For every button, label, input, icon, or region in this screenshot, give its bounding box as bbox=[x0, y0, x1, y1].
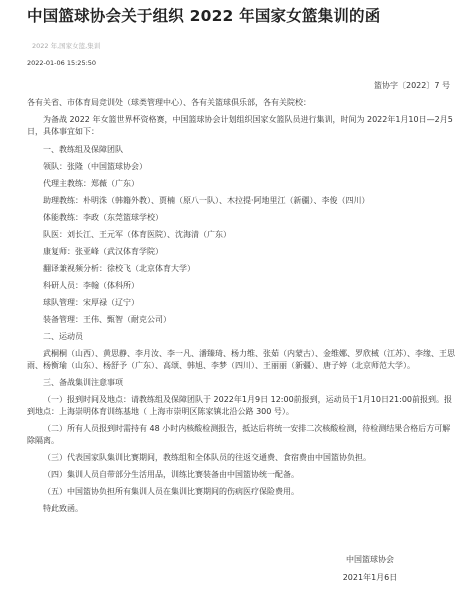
closing-remark: 特此致函。 bbox=[27, 503, 455, 515]
article-title: 中国篮球协会关于组织 2022 年国家女篮集训的函 bbox=[27, 4, 457, 28]
section-heading: 一、教练组及保障团队 bbox=[27, 144, 455, 156]
notice-item: （五）中国篮协负担所有集训人员在集训比赛期间的伤病医疗保险费用。 bbox=[27, 486, 455, 498]
staff-item: 翻译兼视频分析：徐校飞（北京体育大学） bbox=[27, 263, 455, 275]
notice-item: （三）代表国家队集训比赛期间，教练组和全体队员的往返交通费、食宿费由中国篮协负担… bbox=[27, 452, 455, 464]
staff-item: 球队管理：宋厚禄（辽宁） bbox=[27, 297, 455, 309]
article-tags[interactable]: 2022 年,国家女篮,集训 bbox=[32, 41, 100, 51]
staff-item: 康复师：张亚峰（武汉体育学院） bbox=[27, 246, 455, 258]
players-list: 武桐桐（山西）、黄思静、李月汝、李一凡、潘臻琦、杨力维、张茹（内蒙古）、金维娜、… bbox=[27, 348, 455, 372]
publish-timestamp: 2022-01-06 15:25:50 bbox=[27, 58, 96, 68]
document-number: 篮协字〔2022〕7 号 bbox=[27, 80, 450, 92]
notice-item: （二）所有人员报到时需持有 48 小时内核酸检测报告，抵达后将统一安排二次核酸检… bbox=[27, 423, 455, 447]
notice-item: （四）集训人员自带部分生活用品，训练比赛装备由中国篮协统一配备。 bbox=[27, 469, 455, 481]
staff-item: 队医：刘长江、王元军（体育医院）、沈海清（广东） bbox=[27, 229, 455, 241]
staff-item: 代理主教练：郑薇（广东） bbox=[27, 178, 455, 190]
staff-item: 科研人员：李翰（体科所） bbox=[27, 280, 455, 292]
staff-item: 领队：张隆（中国篮球协会） bbox=[27, 161, 455, 173]
signature: 中国篮球协会 bbox=[310, 554, 430, 566]
staff-item: 装备管理：王伟、甄智（耐克公司） bbox=[27, 314, 455, 326]
staff-item: 体能教练：李政（东莞篮球学校） bbox=[27, 212, 455, 224]
letter-body: 篮协字〔2022〕7 号 各有关省、市体育局竞训处（球类管理中心）、各有关篮球俱… bbox=[27, 80, 455, 515]
intro-paragraph: 为备战 2022 年女篮世界杯资格赛，中国篮球协会计划组织国家女篮队员进行集训，… bbox=[27, 114, 455, 138]
letter-date: 2021年1月6日 bbox=[310, 572, 430, 584]
salutation: 各有关省、市体育局竞训处（球类管理中心）、各有关篮球俱乐部，各有关院校： bbox=[27, 97, 455, 109]
notice-item: （一）报到时间及地点：请教练组及保障团队于 2022年1月9日 12:00前报到… bbox=[27, 394, 455, 418]
staff-item: 助理教练：朴明洙（韩籍外教）、贾楠（原八一队）、木拉提·阿地里江（新疆）、李俊（… bbox=[27, 195, 455, 207]
section-heading: 三、备战集训注意事项 bbox=[27, 377, 455, 389]
section-heading: 二、运动员 bbox=[27, 331, 455, 343]
